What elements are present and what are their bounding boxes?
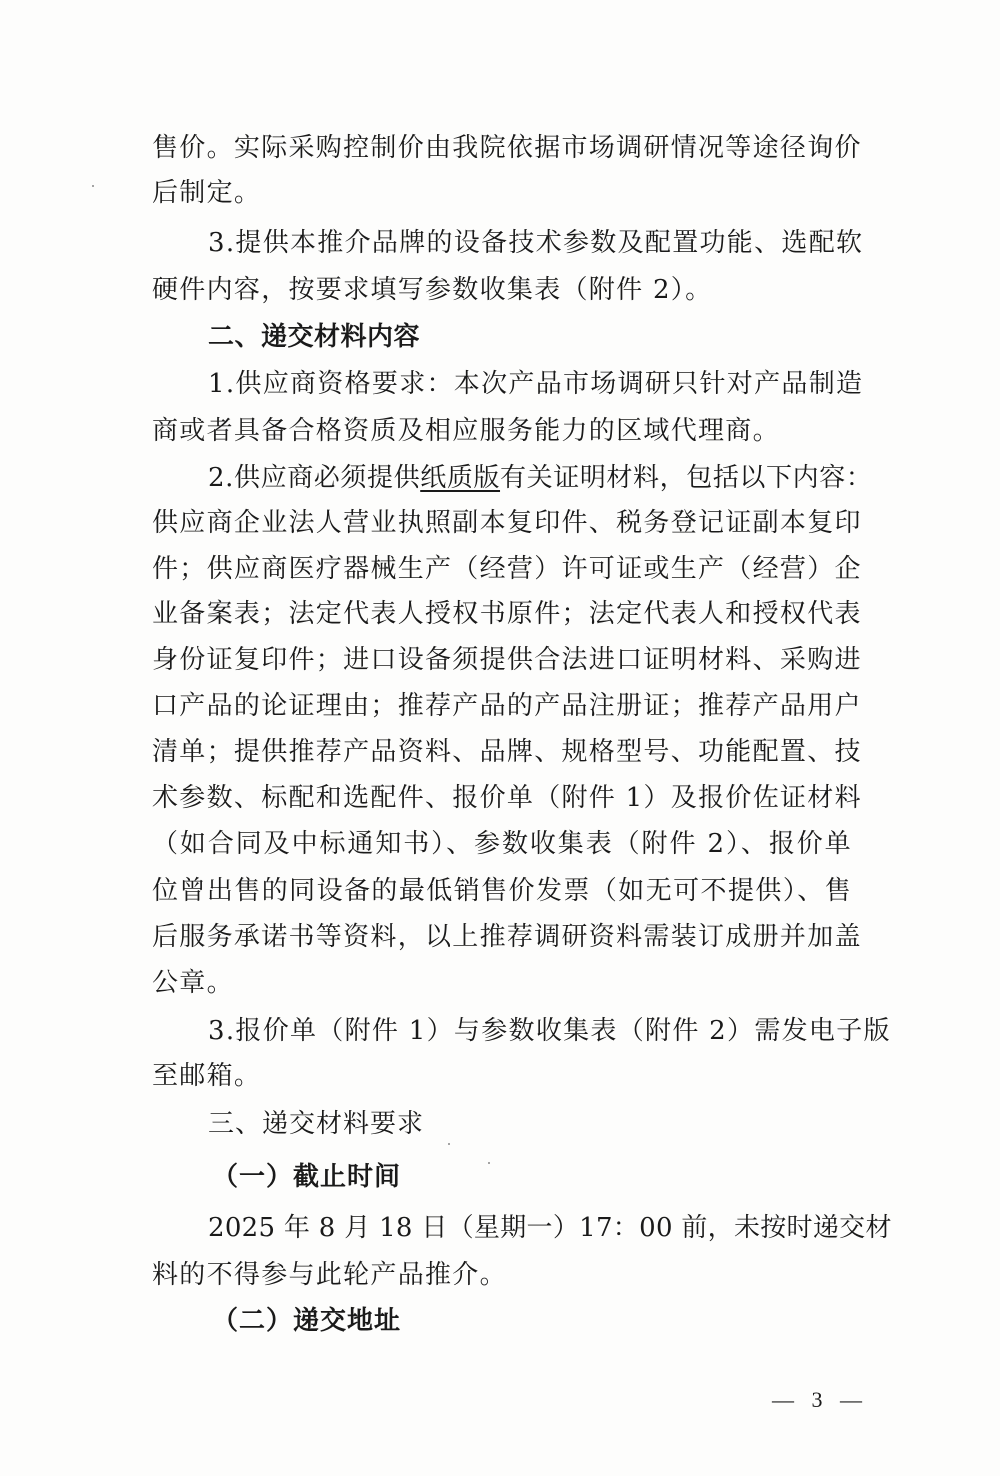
text-line: 供应商企业法人营业执照副本复印件、税务登记证副本复印: [152, 503, 852, 543]
text-line: 后制定。: [152, 173, 852, 213]
deadline-text: 2025 年 8 月 18 日（星期一）17：00 前，未按时递交材: [208, 1208, 852, 1248]
text-line: 3.提供本推介品牌的设备技术参数及配置功能、选配软: [208, 223, 852, 263]
text-line: 口产品的论证理由；推荐产品的产品注册证；推荐产品用户: [152, 686, 852, 726]
text-line-with-underline: 2.供应商必须提供纸质版有关证明材料，包括以下内容：: [208, 458, 852, 498]
scan-speck: [448, 1143, 450, 1145]
section-heading-2: 二、递交材料内容: [208, 317, 852, 357]
scan-speck: [488, 1162, 490, 1164]
text-line: 清单；提供推荐产品资料、品牌、规格型号、功能配置、技: [152, 732, 852, 772]
text-line: 至邮箱。: [152, 1056, 852, 1096]
subheading-address: （二）递交地址: [212, 1301, 912, 1341]
text-line: 商或者具备合格资质及相应服务能力的区域代理商。: [152, 411, 852, 451]
document-page: 售价。实际采购控制价由我院依据市场调研情况等途径询价 后制定。 3.提供本推介品…: [0, 0, 1000, 1476]
scan-speck: [92, 185, 94, 187]
underlined-text-paper-version: 纸质版: [420, 463, 500, 493]
text-line: 术参数、标配和选配件、报价单（附件 1）及报价佐证材料: [152, 778, 852, 818]
text-line: 身份证复印件；进口设备须提供合法进口证明材料、采购进: [152, 640, 852, 680]
text-line: 业备案表；法定代表人授权书原件；法定代表人和授权代表: [152, 594, 852, 634]
text-line: 后服务承诺书等资料，以上推荐调研资料需装订成册并加盖: [152, 917, 852, 957]
text-line: 1.供应商资格要求：本次产品市场调研只针对产品制造: [208, 364, 852, 404]
text-line: 硬件内容，按要求填写参数收集表（附件 2）。: [152, 270, 852, 310]
text-line: 件；供应商医疗器械生产（经营）许可证或生产（经营）企: [152, 549, 852, 589]
page-number: — 3 —: [760, 1380, 880, 1420]
subheading-deadline: （一）截止时间: [212, 1157, 912, 1197]
text-segment: 2.供应商必须提供: [208, 463, 420, 493]
text-line: 位曾出售的同设备的最低销售价发票（如无可不提供）、售: [152, 871, 852, 911]
text-line: 售价。实际采购控制价由我院依据市场调研情况等途径询价: [152, 128, 852, 168]
text-segment: 有关证明材料，包括以下内容：: [500, 463, 872, 493]
text-line: 3.报价单（附件 1）与参数收集表（附件 2）需发电子版: [208, 1011, 852, 1051]
text-line: 公章。: [152, 963, 852, 1003]
text-line: （如合同及中标通知书）、参数收集表（附件 2）、报价单: [152, 824, 852, 864]
text-line: 料的不得参与此轮产品推介。: [152, 1255, 852, 1295]
section-heading-3: 三、递交材料要求: [208, 1104, 852, 1144]
